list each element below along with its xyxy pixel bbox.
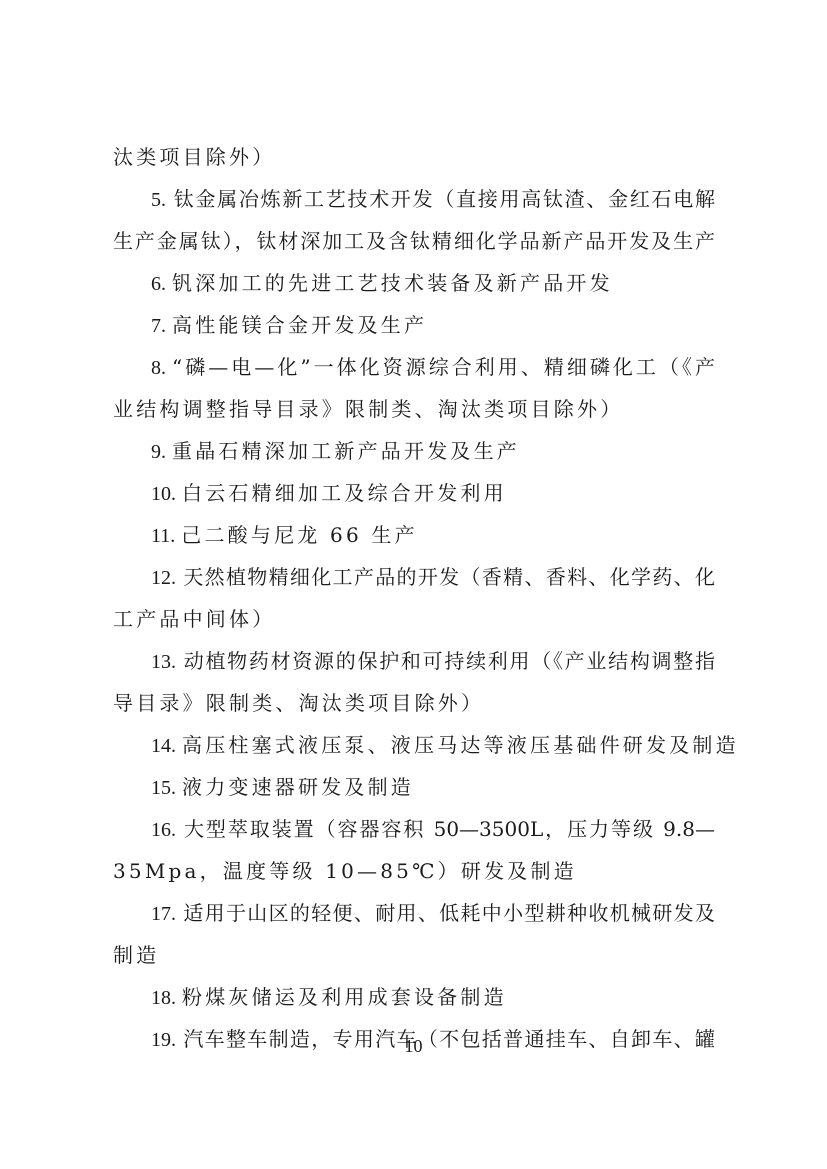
item-text: 白云石精细加工及综合开发利用 xyxy=(182,481,507,505)
item-number: 12. xyxy=(151,567,176,589)
item-text: 钛金属冶炼新工艺技术开发（直接用高钛渣、金红石电解 xyxy=(172,187,715,211)
item-number: 8. xyxy=(151,357,166,379)
item-number: 9. xyxy=(151,441,166,463)
list-item-16: 16.大型萃取装置（容器容积 50—3500L，压力等级 9.8— xyxy=(151,808,715,850)
item-text: 己二酸与尼龙 66 生产 xyxy=(181,523,418,547)
line-text: 制造 xyxy=(113,943,159,967)
line-text: 业结构调整指导目录》限制类、淘汰类项目除外） xyxy=(113,397,623,421)
list-item-14: 14.高压柱塞式液压泵、液压马达等液压基础件研发及制造 xyxy=(151,724,739,766)
item-text: “磷—电—化”一体化资源综合利用、精细磷化工（《产 xyxy=(172,355,715,379)
list-item-9: 9.重晶石精深加工新产品开发及生产 xyxy=(151,430,520,472)
line-text: 导目录》限制类、淘汰类项目除外） xyxy=(113,691,484,715)
item-number: 16. xyxy=(151,819,176,841)
item-number: 13. xyxy=(151,651,176,673)
item-number: 6. xyxy=(151,273,166,295)
item-number: 17. xyxy=(151,903,176,925)
list-item-8: 8.“磷—电—化”一体化资源综合利用、精细磷化工（《产 xyxy=(151,346,715,388)
item-number: 7. xyxy=(151,315,166,337)
text-line: 汰类项目除外） xyxy=(113,136,275,178)
item-number: 5. xyxy=(151,189,166,211)
list-item-10: 10.白云石精细加工及综合开发利用 xyxy=(151,472,507,514)
list-item-7: 7.高性能镁合金开发及生产 xyxy=(151,304,427,346)
text-line: 导目录》限制类、淘汰类项目除外） xyxy=(113,682,484,724)
line-text: 生产金属钛），钛材深加工及含钛精细化学品新产品开发及生产 xyxy=(113,229,715,253)
item-number: 18. xyxy=(151,987,176,1009)
list-item-12: 12.天然植物精细化工产品的开发（香精、香料、化学药、化 xyxy=(151,556,715,598)
text-line: 制造 xyxy=(113,934,159,976)
text-line: 工产品中间体） xyxy=(113,598,275,640)
line-text: 工产品中间体） xyxy=(113,607,275,631)
item-number: 11. xyxy=(151,525,175,547)
item-text: 高压柱塞式液压泵、液压马达等液压基础件研发及制造 xyxy=(182,733,739,757)
text-line: 35Mpa，温度等级 10—85℃）研发及制造 xyxy=(113,850,577,892)
line-text: 35Mpa，温度等级 10—85℃）研发及制造 xyxy=(113,859,577,883)
text-line: 生产金属钛），钛材深加工及含钛精细化学品新产品开发及生产 xyxy=(113,220,715,262)
item-text: 钒深加工的先进工艺技术装备及新产品开发 xyxy=(172,271,613,295)
item-number: 10. xyxy=(151,483,176,505)
item-text: 天然植物精细化工产品的开发（香精、香料、化学药、化 xyxy=(182,565,715,589)
item-text: 高性能镁合金开发及生产 xyxy=(172,313,427,337)
item-text: 液力变速器研发及制造 xyxy=(182,775,414,799)
item-text: 大型萃取装置（容器容积 50—3500L，压力等级 9.8— xyxy=(182,817,715,841)
list-item-13: 13.动植物药材资源的保护和可持续利用（《产业结构调整指 xyxy=(151,640,715,682)
list-item-5: 5.钛金属冶炼新工艺技术开发（直接用高钛渣、金红石电解 xyxy=(151,178,715,220)
list-item-15: 15.液力变速器研发及制造 xyxy=(151,766,414,808)
list-item-18: 18.粉煤灰储运及利用成套设备制造 xyxy=(151,976,507,1018)
item-text: 动植物药材资源的保护和可持续利用（《产业结构调整指 xyxy=(182,649,715,673)
item-number: 15. xyxy=(151,777,176,799)
page-number: 10 xyxy=(0,1036,827,1057)
item-text: 重晶石精深加工新产品开发及生产 xyxy=(172,439,520,463)
list-item-11: 11.己二酸与尼龙 66 生产 xyxy=(151,514,418,556)
list-item-17: 17.适用于山区的轻便、耐用、低耗中小型耕种收机械研发及 xyxy=(151,892,715,934)
list-item-6: 6.钒深加工的先进工艺技术装备及新产品开发 xyxy=(151,262,613,304)
line-text: 汰类项目除外） xyxy=(113,145,275,169)
item-number: 14. xyxy=(151,735,176,757)
item-text: 适用于山区的轻便、耐用、低耗中小型耕种收机械研发及 xyxy=(182,901,715,925)
item-text: 粉煤灰储运及利用成套设备制造 xyxy=(182,985,507,1009)
text-line: 业结构调整指导目录》限制类、淘汰类项目除外） xyxy=(113,388,623,430)
